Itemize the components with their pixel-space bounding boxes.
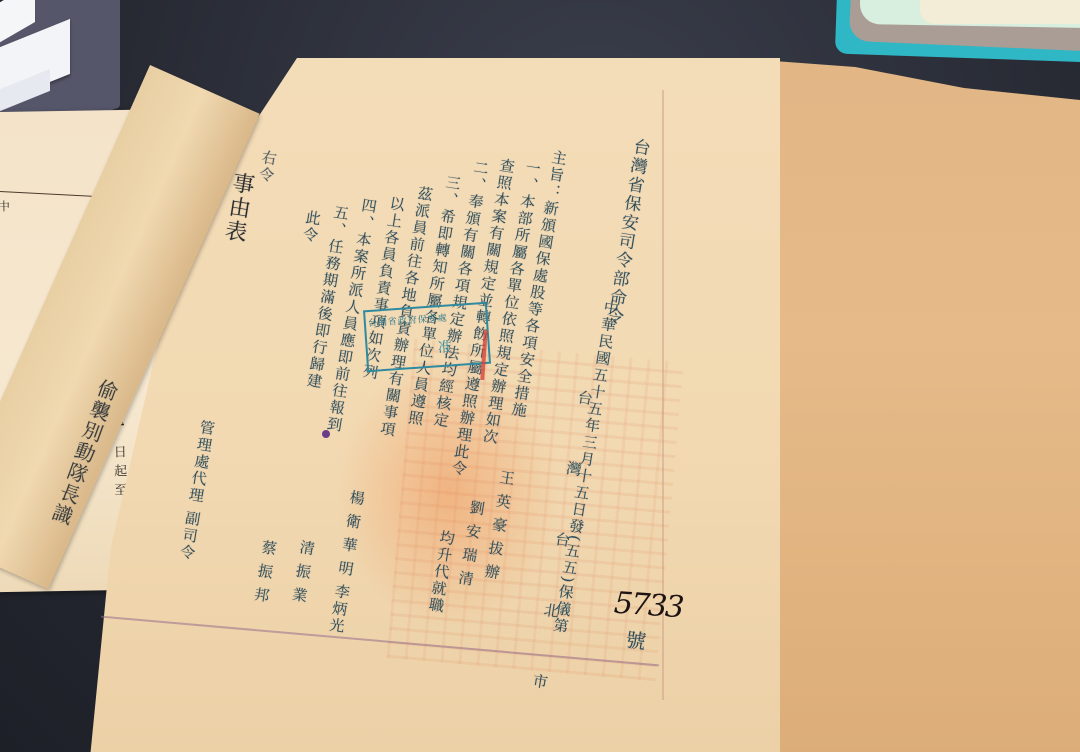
brown-file-cover — [760, 60, 1080, 752]
official-seal-stamp: 台灣省政府保安處 准 — [363, 302, 491, 372]
document-number: 5733 — [613, 586, 684, 626]
ink-blot — [322, 430, 330, 438]
form-char: 中 — [0, 200, 10, 218]
seal-header-text: 台灣省政府保安處 — [367, 308, 482, 330]
document-number-suffix: 號 — [623, 628, 646, 653]
document-header-sub: 右令 — [257, 149, 277, 185]
seal-approval-text: 准 — [437, 336, 452, 357]
document-column-12: 此令 — [301, 209, 321, 245]
cream-folder — [920, 0, 1080, 24]
